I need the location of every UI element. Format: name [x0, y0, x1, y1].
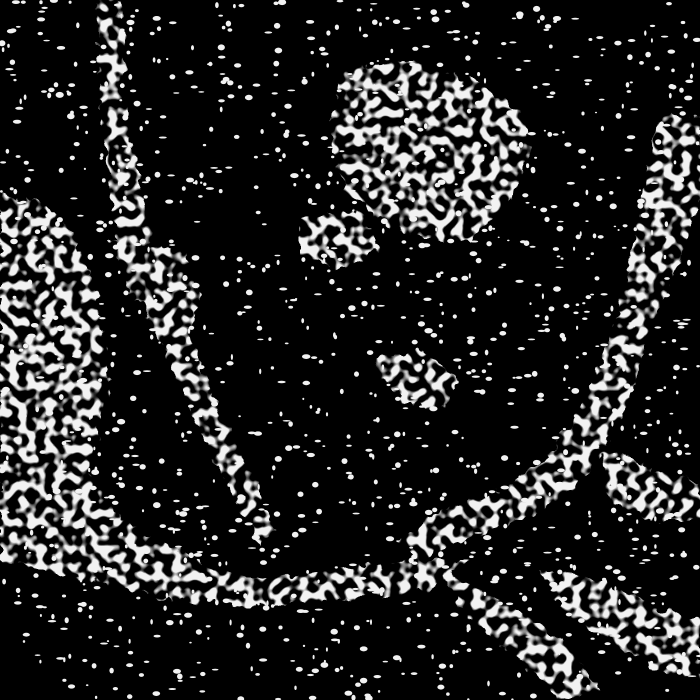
artwork-canvas: [0, 0, 700, 700]
stipple-artwork: [0, 0, 700, 700]
